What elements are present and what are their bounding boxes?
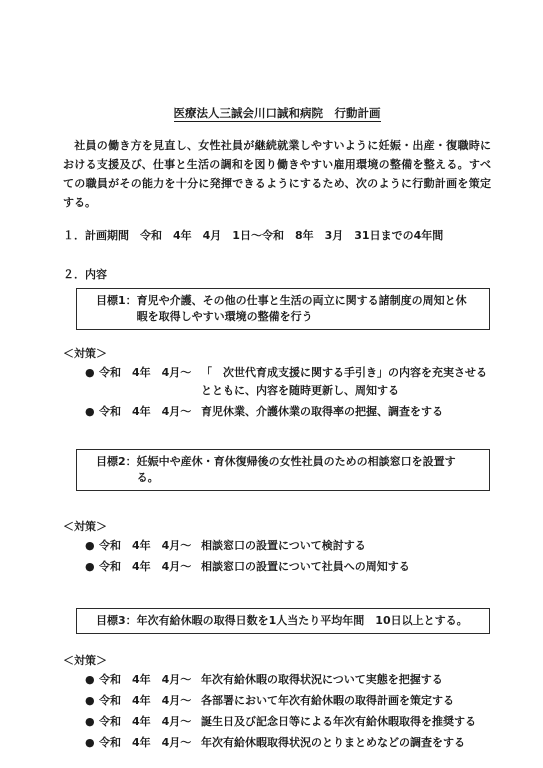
measure-text: 育児休業、介護休業の取得率の把握、調査をする [201, 403, 491, 421]
goal-2-label: 目標2： [96, 454, 137, 486]
measure-date: 令和 4年 4月～ [99, 692, 188, 710]
measure-text: 誕生日及び記念日等による年次有給休暇取得を推奨する [201, 713, 491, 731]
measures-heading-3: ＜対策＞ [63, 653, 491, 668]
measure-date: 令和 4年 4月～ [99, 734, 188, 752]
measure-item: ● 令和 4年 4月～ 相談窓口の設置について社員への周知する [85, 558, 491, 576]
measure-text: 「 次世代育成支援に関する手引き」の内容を充実させるとともに、内容を随時更新し、… [201, 364, 491, 400]
measure-item: ● 令和 4年 4月～ 各部署において年次有給休暇の取得計画を策定する [85, 692, 491, 710]
document-title-text: 医療法人三誠会川口誠和病院 行動計画 [174, 106, 381, 122]
document-title: 医療法人三誠会川口誠和病院 行動計画 [63, 106, 491, 120]
goal-3-text: 年次有給休暇の取得日数を1人当たり平均年間 10日以上とする。 [137, 613, 477, 629]
document-page: 医療法人三誠会川口誠和病院 行動計画 社員の働き方を見直し、女性社員が継続就業し… [0, 0, 543, 768]
measure-text: 相談窓口の設置について社員への周知する [201, 558, 491, 576]
goal-box-1: 目標1： 育児や介護、その他の仕事と生活の両立に関する諸制度の周知と休暇を取得し… [76, 288, 490, 330]
measure-text: 年次有給休暇取得状況のとりまとめなどの調査をする [201, 734, 491, 752]
measure-date: 令和 4年 4月～ [99, 537, 188, 555]
measure-text: 各部署において年次有給休暇の取得計画を策定する [201, 692, 491, 710]
measure-item: ● 令和 4年 4月～ 誕生日及び記念日等による年次有給休暇取得を推奨する [85, 713, 491, 731]
intro-paragraph: 社員の働き方を見直し、女性社員が継続就業しやすいように妊娠・出産・復職時における… [63, 136, 491, 212]
bullet-icon: ● [85, 364, 99, 400]
bullet-icon: ● [85, 558, 99, 576]
measure-date: 令和 4年 4月～ [99, 403, 188, 421]
goal-box-3: 目標3： 年次有給休暇の取得日数を1人当たり平均年間 10日以上とする。 [76, 608, 490, 634]
measure-text: 相談窓口の設置について検討する [201, 537, 491, 555]
measures-heading-1: ＜対策＞ [63, 346, 491, 361]
measure-date: 令和 4年 4月～ [99, 558, 188, 576]
bullet-icon: ● [85, 734, 99, 752]
goal-1-label: 目標1： [96, 293, 137, 325]
measure-date: 令和 4年 4月～ [99, 364, 188, 400]
measure-item: ● 令和 4年 4月～ 年次有給休暇取得状況のとりまとめなどの調査をする [85, 734, 491, 752]
measure-date: 令和 4年 4月～ [99, 713, 188, 731]
goal-3-label: 目標3： [96, 613, 137, 629]
bullet-icon: ● [85, 537, 99, 555]
measure-item: ● 令和 4年 4月～ 育児休業、介護休業の取得率の把握、調査をする [85, 403, 491, 421]
bullet-icon: ● [85, 692, 99, 710]
measure-text: 年次有給休暇の取得状況について実態を把握する [201, 671, 491, 689]
bullet-icon: ● [85, 671, 99, 689]
measure-item: ● 令和 4年 4月～ 年次有給休暇の取得状況について実態を把握する [85, 671, 491, 689]
goal-2-text: 妊娠中や産休・育休復帰後の女性社員のための相談窓口を設置する。 [137, 454, 477, 486]
goal-1-text: 育児や介護、その他の仕事と生活の両立に関する諸制度の周知と休暇を取得しやすい環境… [137, 293, 477, 325]
goal-box-2: 目標2： 妊娠中や産休・育休復帰後の女性社員のための相談窓口を設置する。 [76, 449, 490, 491]
measure-item: ● 令和 4年 4月～ 「 次世代育成支援に関する手引き」の内容を充実させるとと… [85, 364, 491, 400]
plan-period-line: １．計画期間 令和 4年 4月 1日～令和 8年 3月 31日までの4年間 [63, 228, 491, 243]
content-heading: ２．内容 [63, 267, 491, 282]
measures-heading-2: ＜対策＞ [63, 519, 491, 534]
measure-item: ● 令和 4年 4月～ 相談窓口の設置について検討する [85, 537, 491, 555]
bullet-icon: ● [85, 713, 99, 731]
bullet-icon: ● [85, 403, 99, 421]
measure-date: 令和 4年 4月～ [99, 671, 188, 689]
